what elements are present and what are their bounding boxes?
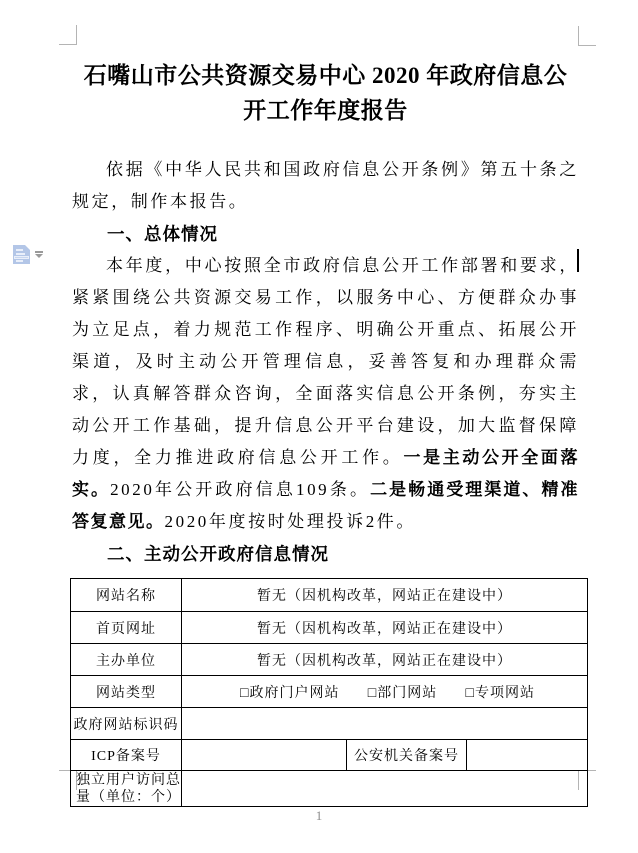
- row-label: 首页网址: [71, 612, 182, 644]
- document-content: 石嘴山市公共资源交易中心 2020 年政府信息公开工作年度报告 依据《中华人民共…: [72, 58, 579, 807]
- row-label: ICP备案号: [71, 740, 182, 771]
- table-row: 政府网站标识码: [71, 708, 588, 740]
- checkbox-option-special-site: □专项网站: [466, 682, 535, 702]
- autocorrect-document-icon[interactable]: [13, 245, 30, 264]
- table-row: 网站名称 暂无（因机构改革，网站正在建设中）: [71, 579, 588, 612]
- section2-heading: 二、主动公开政府信息情况: [72, 538, 579, 570]
- row-value: [182, 740, 347, 771]
- row-value: 暂无（因机构改革，网站正在建设中）: [182, 612, 588, 644]
- page-number: 1: [0, 808, 638, 824]
- row-value: 暂无（因机构改革，网站正在建设中）: [182, 579, 588, 612]
- page-title: 石嘴山市公共资源交易中心 2020 年政府信息公开工作年度报告: [78, 58, 574, 128]
- overview-text-1: 本年度，中心按照全市政府信息公开工作部署和要求，紧紧围绕公共资源交易工作，以服务…: [72, 256, 579, 467]
- document-page[interactable]: 石嘴山市公共资源交易中心 2020 年政府信息公开工作年度报告 依据《中华人民共…: [0, 0, 638, 853]
- table-row: 独立用户访问总量（单位：个）: [71, 771, 588, 807]
- dropdown-arrow-icon[interactable]: [35, 251, 43, 258]
- overview-text-3: 2020年度按时处理投诉2件。: [165, 512, 417, 531]
- table-row: 主办单位 暂无（因机构改革，网站正在建设中）: [71, 644, 588, 676]
- table-row: 首页网址 暂无（因机构改革，网站正在建设中）: [71, 612, 588, 644]
- row-label-2: 公安机关备案号: [347, 740, 467, 771]
- section1-heading: 一、总体情况: [72, 218, 579, 250]
- row-value: [182, 708, 588, 740]
- checkbox-option-government-portal: □政府门户网站: [240, 682, 339, 702]
- info-disclosure-table: 网站名称 暂无（因机构改革，网站正在建设中） 首页网址 暂无（因机构改革，网站正…: [70, 578, 588, 807]
- row-label: 网站名称: [71, 579, 182, 612]
- overview-text-2: 2020年公开政府信息109条。: [110, 480, 370, 499]
- intro-paragraph: 依据《中华人民共和国政府信息公开条例》第五十条之规定，制作本报告。: [72, 154, 579, 218]
- crop-mark-top-left-icon: [59, 25, 77, 45]
- row-label: 主办单位: [71, 644, 182, 676]
- row-label: 独立用户访问总量（单位：个）: [71, 771, 182, 807]
- checkbox-option-department-site: □部门网站: [368, 682, 437, 702]
- crop-mark-top-right-icon: [578, 26, 596, 46]
- overview-paragraph: 本年度，中心按照全市政府信息公开工作部署和要求，紧紧围绕公共资源交易工作，以服务…: [72, 250, 579, 538]
- table-row: ICP备案号 公安机关备案号: [71, 740, 588, 771]
- row-value: 暂无（因机构改革，网站正在建设中）: [182, 644, 588, 676]
- row-value: [182, 771, 588, 807]
- website-type-cell: □政府门户网站 □部门网站 □专项网站: [182, 676, 588, 708]
- margin-smart-tag[interactable]: [13, 245, 43, 264]
- row-label: 政府网站标识码: [71, 708, 182, 740]
- row-label: 网站类型: [71, 676, 182, 708]
- table-row: 网站类型 □政府门户网站 □部门网站 □专项网站: [71, 676, 588, 708]
- row-value-2: [467, 740, 588, 771]
